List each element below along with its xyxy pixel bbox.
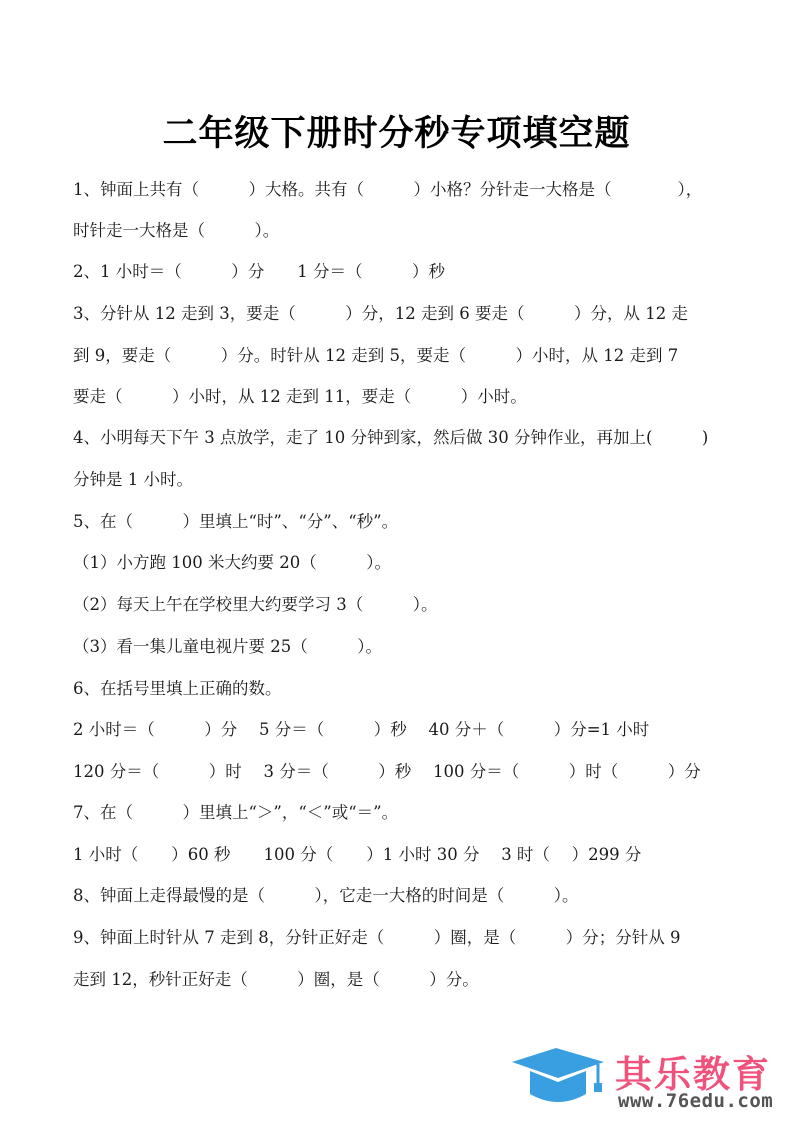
graduation-cap-icon bbox=[508, 1044, 608, 1116]
question-line: 2 小时＝（ ）分 5 分＝（ ）秒 40 分＋（ ）分=1 小时 bbox=[73, 720, 649, 740]
question-line: 2、1 小时＝（ ）分 1 分＝（ ）秒 bbox=[73, 262, 445, 282]
question-line: 7、在（ ）里填上“＞”，“＜”或“＝”。 bbox=[73, 803, 398, 823]
question-line: 到 9，要走（ ）分。时针从 12 走到 5，要走（ ）小时，从 12 走到 7 bbox=[73, 346, 678, 366]
question-line: 6、在括号里填上正确的数。 bbox=[73, 679, 282, 699]
question-line: （3）看一集儿童电视片要 25（ ）。 bbox=[73, 637, 382, 657]
question-line: 120 分＝（ ）时 3 分＝（ ）秒 100 分＝（ ）时（ ）分 bbox=[73, 762, 701, 782]
question-line: 时针走一大格是（ ）。 bbox=[73, 221, 279, 241]
question-line: 8、钟面上走得最慢的是（ ），它走一大格的时间是（ ）。 bbox=[73, 886, 579, 906]
question-line: 5、在（ ）里填上“时”、“分”、“秒”。 bbox=[73, 512, 398, 532]
question-line: 3、分针从 12 走到 3，要走（ ）分，12 走到 6 要走（ ）分，从 12… bbox=[73, 304, 688, 324]
question-line: 9、钟面上时针从 7 走到 8，分针正好走（ ）圈，是（ ）分；分针从 9 bbox=[73, 928, 680, 948]
question-line: 1 小时（ ）60 秒 100 分（ ）1 小时 30 分 3 时（ ）299 … bbox=[73, 845, 641, 865]
question-line: 1、钟面上共有（ ）大格。共有（ ）小格？分针走一大格是（ ）， bbox=[73, 180, 702, 200]
brand-logo: 其乐教育 www.76edu.com bbox=[508, 1044, 788, 1116]
question-line: （2）每天上午在学校里大约要学习 3（ ）。 bbox=[73, 595, 438, 615]
question-line: 4、小明每天下午 3 点放学，走了 10 分钟到家，然后做 30 分钟作业，再加… bbox=[73, 428, 708, 448]
brand-url: www.76edu.com bbox=[618, 1090, 773, 1112]
question-line: 走到 12，秒针正好走（ ）圈，是（ ）分。 bbox=[73, 970, 479, 990]
page-title: 二年级下册时分秒专项填空题 bbox=[0, 106, 793, 156]
question-line: 要走（ ）小时，从 12 走到 11，要走（ ）小时。 bbox=[73, 387, 527, 407]
question-line: （1）小方跑 100 米大约要 20（ ）。 bbox=[73, 553, 391, 573]
question-line: 分钟是 1 小时。 bbox=[73, 470, 193, 490]
